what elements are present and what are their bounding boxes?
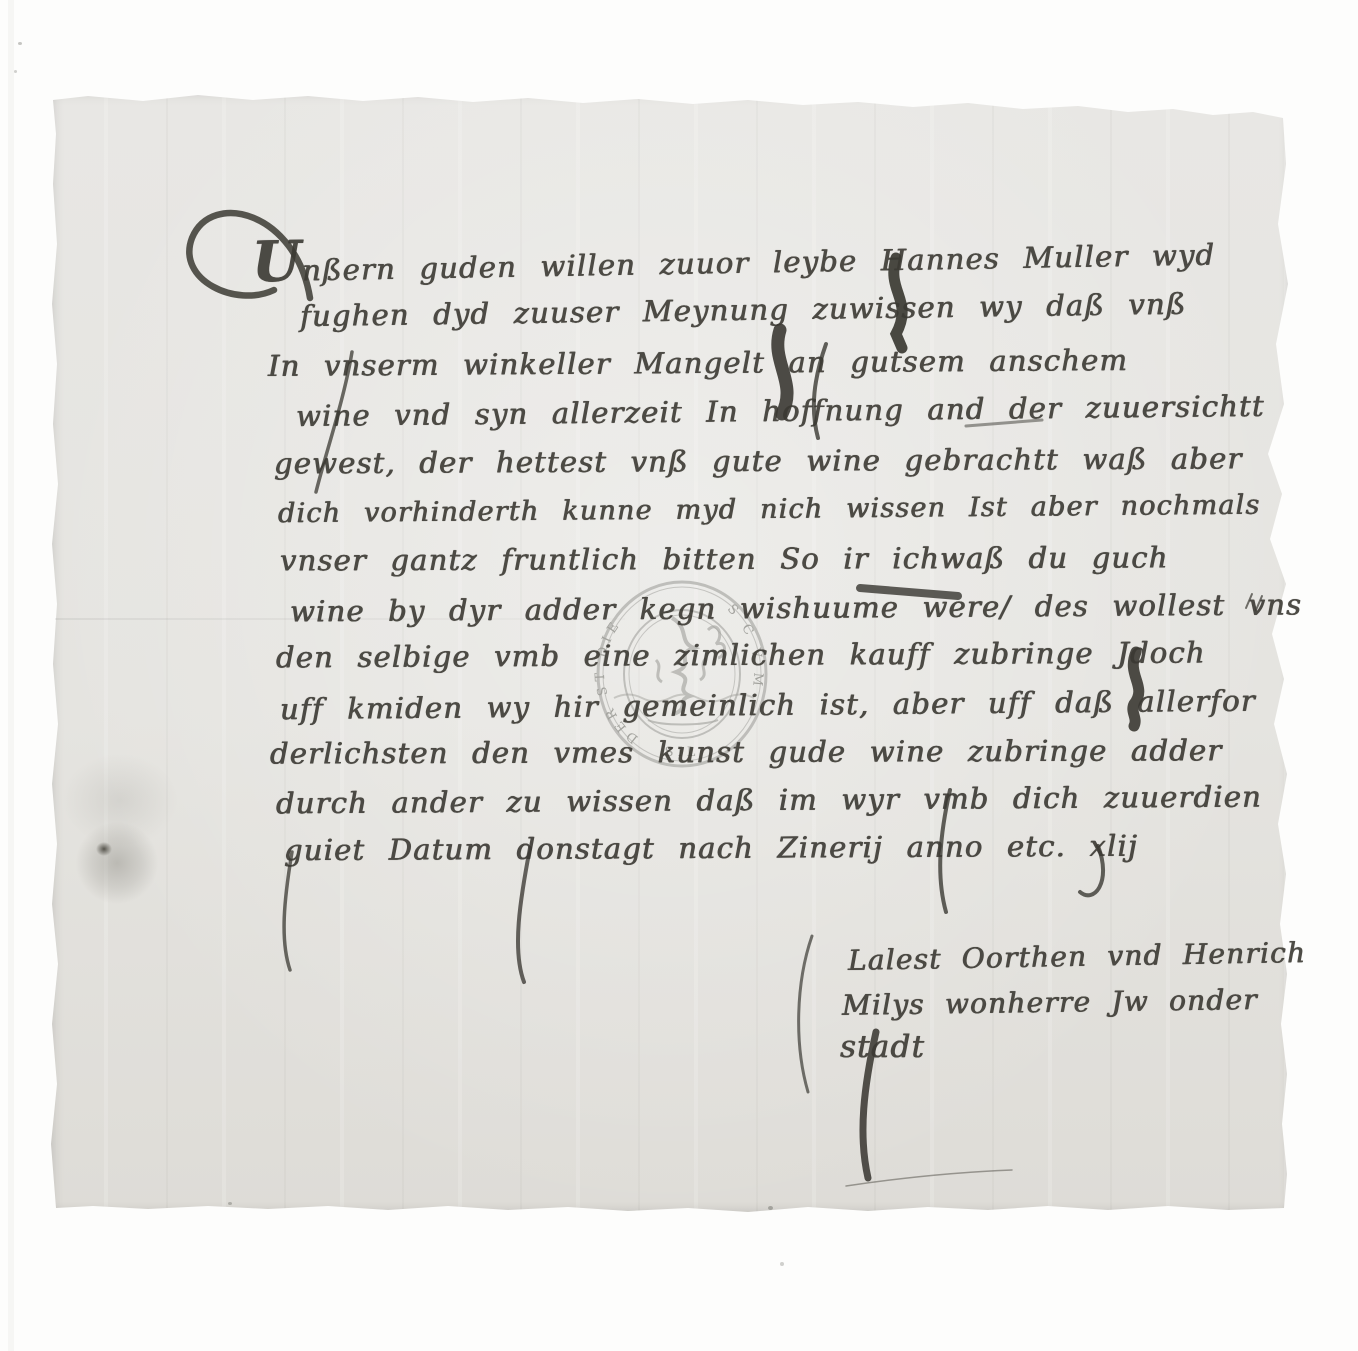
scan-speck <box>14 70 17 73</box>
manuscript-line-13: guiet Datum donstagt nach Zinerij anno e… <box>284 831 1138 867</box>
manuscript-line-5: gewest, der hettest vnß gute wine gebrac… <box>274 443 1243 480</box>
manuscript-line-9: den selbige vmb eine zimlichen kauff zub… <box>276 638 1206 675</box>
signature-line-3: stadt <box>840 1030 925 1064</box>
ink-stain-core <box>96 842 112 856</box>
ink-stain <box>62 808 172 918</box>
manuscript-line-7: vnser gantz fruntlich bitten So ir ichwa… <box>280 542 1169 577</box>
manuscript-line-12: durch ander zu wissen daß im wyr vmb dic… <box>276 782 1262 821</box>
scan-speck <box>780 1262 784 1266</box>
paper-speck <box>228 1202 232 1205</box>
manuscript-line-11: derlichsten den vmes kunst gude wine zub… <box>270 735 1222 770</box>
manuscript-line-3: In vnserm winkeller Mangelt an gutsem an… <box>268 345 1128 383</box>
scanned-document-page: DER ST DIE S C V M SIL Unßern guden will… <box>0 0 1358 1351</box>
paper-speck <box>768 1206 773 1210</box>
scan-speck <box>18 42 22 45</box>
signature-line-2: Milys wonherre Jw onder <box>842 985 1258 1022</box>
